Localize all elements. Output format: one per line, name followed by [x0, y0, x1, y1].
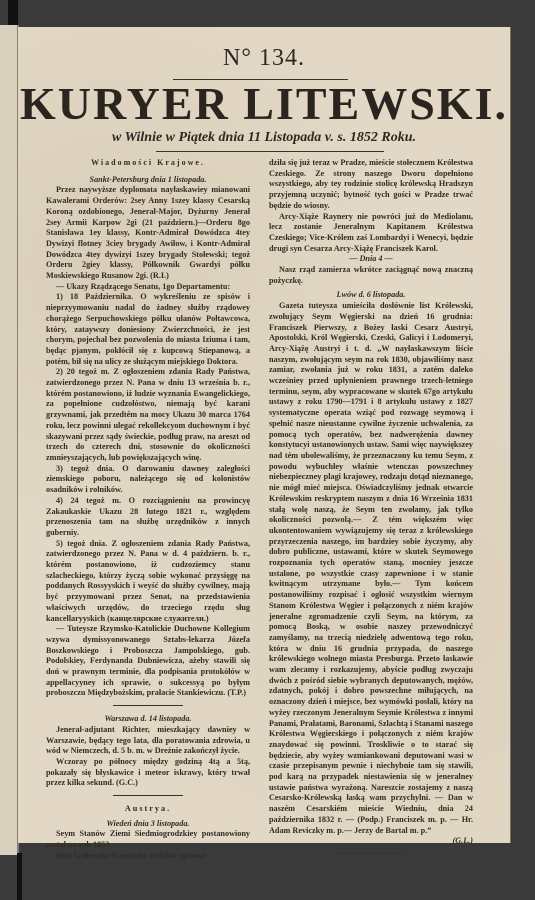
section-heading: Austrya.: [46, 804, 250, 815]
article-paragraph: 4) 24 tegoż m. O rozciągnieniu na prowin…: [46, 496, 250, 539]
issue-number: N° 134.: [18, 45, 510, 72]
subheading: — Dnia 4 —: [269, 254, 473, 265]
dateline: Warszawa d. 14 listopada.: [46, 714, 250, 725]
divider: [156, 151, 384, 152]
newspaper-page: N° 134. KURYER LITEWSKI. w Wilnie w Piąt…: [18, 27, 510, 843]
article-paragraph: 2) 20 tegoż m. Z ogłoszeniem zdania Rady…: [46, 367, 250, 463]
article-paragraph: 1) 18 Października. O wykreśleniu ze spi…: [46, 292, 250, 367]
article-separator: [336, 853, 406, 854]
dateline: Wiedeń dnia 3 listopada.: [46, 819, 250, 830]
page-edge: [510, 27, 511, 843]
article-separator: [113, 795, 183, 796]
article-paragraph: Gazeta tuteysza umieściła dosłównie list…: [269, 301, 473, 836]
newspaper-title: KURYER LITEWSKI.: [18, 77, 510, 130]
source-signature: (G.L.): [269, 836, 473, 847]
article-paragraph: Przez naywyższe dyplomata nayłaskawiey m…: [46, 185, 250, 281]
article-paragraph: — Tuteysze Rzymsko-Katolickie Duchowne K…: [46, 624, 250, 699]
article-paragraph: Nasz rząd zamierza wkrótce zaciągnąć now…: [269, 265, 473, 286]
dateline: Sankt-Petersburg dnia 1 listopada.: [46, 175, 250, 186]
article-paragraph: Arcy-Xiąże Raynery nie powróci już do Me…: [269, 212, 473, 255]
article-paragraph: dziła się już teraz w Pradze, mieście st…: [269, 158, 473, 212]
scan-border: [8, 0, 18, 28]
dateline: Lwów d. 6 listopada.: [269, 290, 473, 301]
scan-border: [17, 853, 22, 900]
article-paragraph: 3) tegoż dnia. O darowaniu dawney zaległ…: [46, 464, 250, 496]
previous-page-edge: [0, 25, 19, 855]
article-paragraph: Jenerał-adjutant Richter, mieszkający da…: [46, 725, 250, 757]
article-paragraph: Była królewska francuzka rodzina zgroma-: [46, 851, 250, 862]
article-paragraph: — Ukazy Rządzącego Senatu, 1go Departame…: [46, 282, 250, 293]
article-separator: [113, 705, 183, 706]
section-heading: Wiadomości Krajowe.: [46, 158, 250, 169]
article-paragraph: Wczoray po północy między godziną 4tą a …: [46, 757, 250, 789]
article-paragraph: Seym Stanów Ziemi Siedmiogrodzkiey posta…: [46, 829, 250, 850]
left-column: Wiadomości Krajowe. Sankt-Petersburg dni…: [46, 158, 250, 862]
issue-date-line: w Wilnie w Piątek dnia 11 Listopada v. s…: [18, 130, 510, 146]
right-column: dziła się już teraz w Pradze, mieście st…: [269, 158, 473, 862]
article-paragraph: 5) tegoż dnia. Z ogłoszeniem zdania Rady…: [46, 539, 250, 625]
